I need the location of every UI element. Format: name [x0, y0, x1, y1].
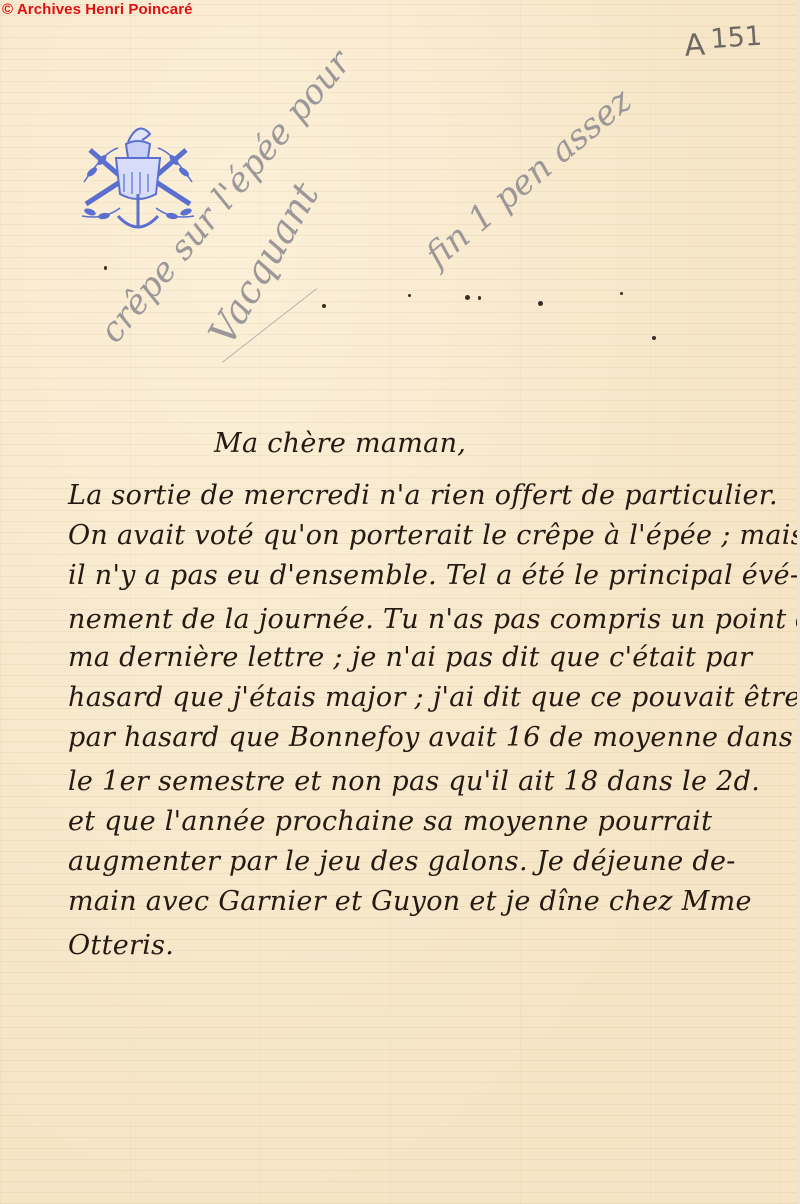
body-line: main avec Garnier et Guyon et je dîne ch… [68, 886, 752, 917]
body-line: il n'y a pas eu d'ensemble. Tel a été le… [68, 560, 799, 591]
body-line: On avait voté qu'on porterait le crêpe à… [68, 520, 800, 551]
pencil-note: fin 1 pen assez [418, 81, 640, 276]
archive-ref-number: 151 [709, 21, 763, 56]
body-line: Otteris. [68, 930, 174, 961]
body-line: par hasard que Bonnefoy avait 16 de moye… [68, 722, 793, 753]
body-line: et que l'année prochaine sa moyenne pour… [68, 806, 712, 837]
body-line: le 1er semestre et non pas qu'il ait 18 … [68, 766, 760, 797]
ink-speck [620, 292, 623, 295]
body-line: hasard que j'étais major ; j'ai dit que … [68, 682, 800, 713]
copyright-label: © Archives Henri Poincaré [2, 1, 193, 18]
ink-speck [538, 301, 543, 306]
archive-reference: A151 [683, 21, 764, 64]
salutation: Ma chère maman, [214, 428, 466, 459]
ink-speck [652, 336, 656, 340]
ink-speck [104, 266, 107, 270]
body-line: augmenter par le jeu des galons. Je déje… [68, 846, 736, 877]
letter-page: © Archives Henri Poincaré A151 [0, 0, 800, 1204]
body-line: nement de la journée. Tu n'as pas compri… [68, 604, 800, 635]
ink-speck [465, 295, 470, 300]
body-line: La sortie de mercredi n'a rien offert de… [68, 480, 778, 511]
archive-ref-letter: A [683, 28, 706, 64]
ink-speck [478, 296, 481, 300]
ink-speck [322, 304, 326, 308]
ink-speck [408, 294, 411, 297]
body-line: ma dernière lettre ; je n'ai pas dit que… [68, 642, 752, 673]
